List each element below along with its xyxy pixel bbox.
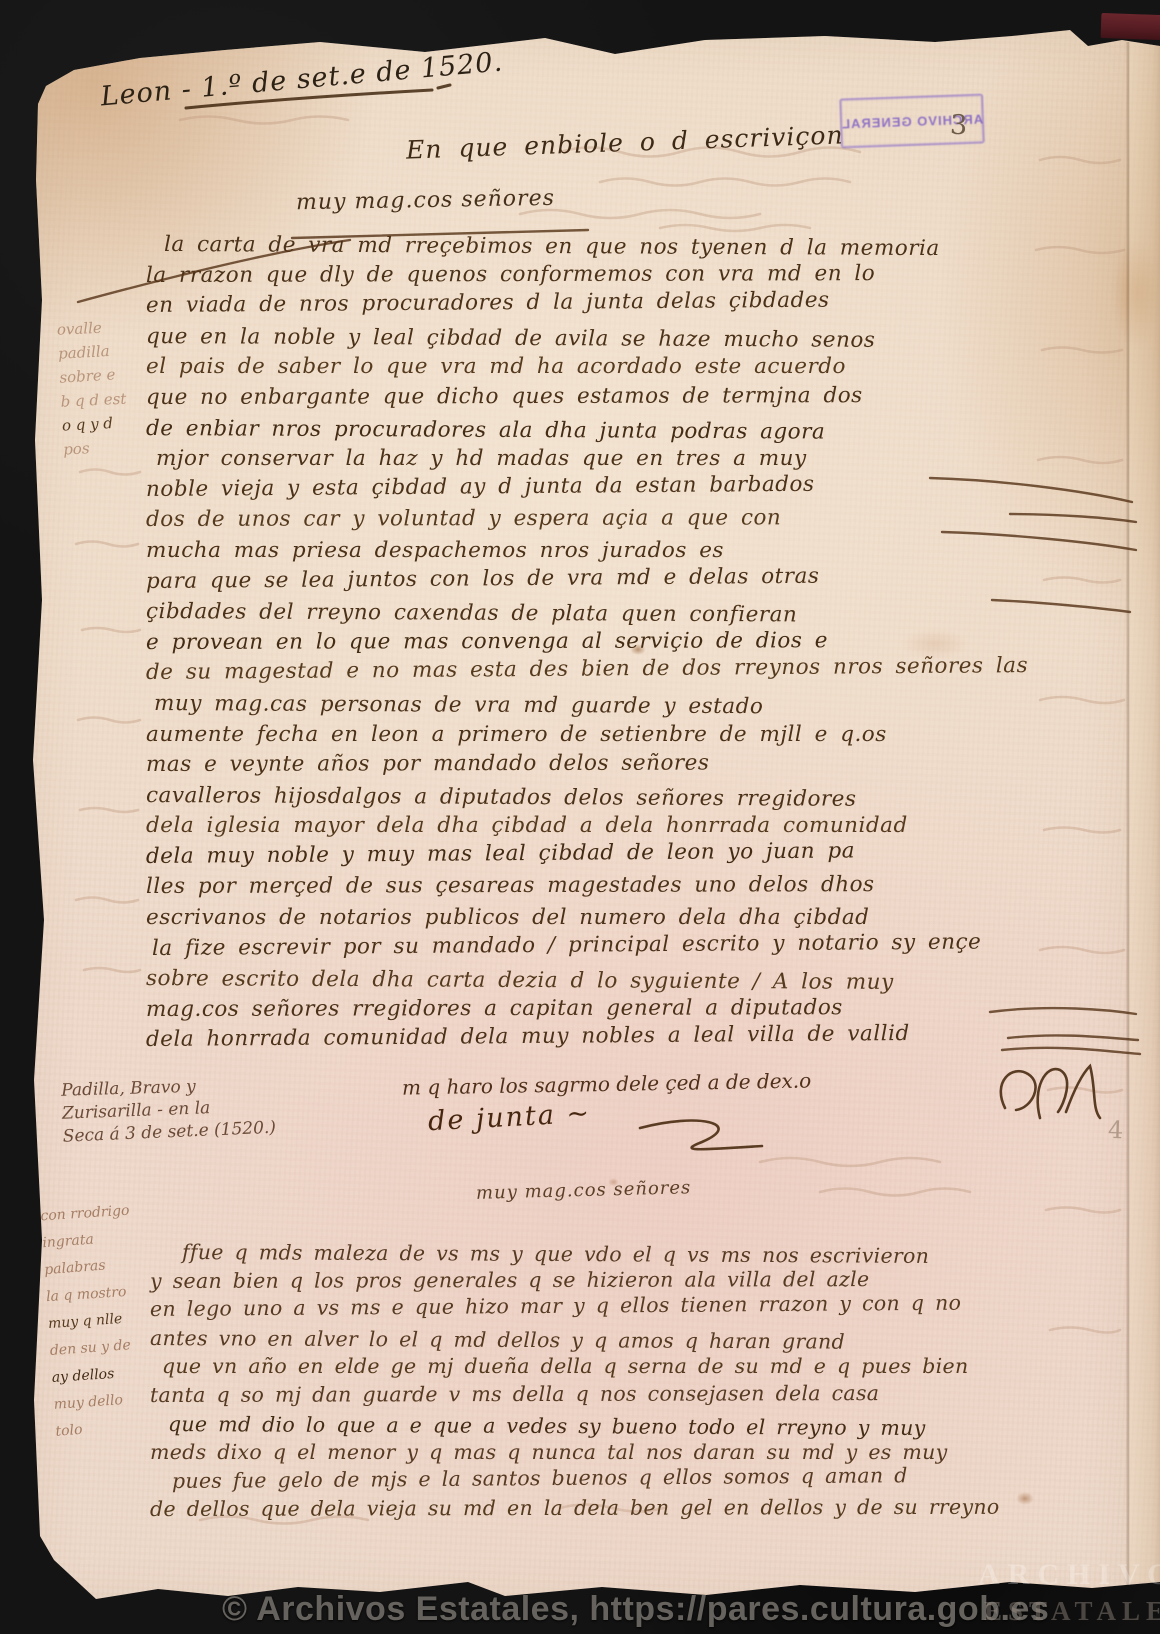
manuscript-line: el pais de saber lo que vra md ha acorda… xyxy=(146,352,1028,383)
ink-scrawl-line1: m q haro los sagrmo dele çed a de dex.o xyxy=(402,1068,812,1099)
manuscript-line: pues fue gelo de mjs e la santos buenos … xyxy=(172,1460,1000,1495)
folio-number: 3 xyxy=(949,110,968,142)
folio-fold-strip xyxy=(1130,42,1160,1582)
manuscript-line: muy mag.cas personas de vra md guarde y … xyxy=(154,689,1028,724)
manuscript-line: dela muy noble y muy mas leal çibdad de … xyxy=(146,835,1028,873)
manuscript-heading: En que enbiole o d escriviçon xyxy=(406,120,844,164)
marginalia-line: la q mostro xyxy=(45,1278,136,1311)
manuscript-line: mas e veynte años por mandado delos seño… xyxy=(146,748,1028,781)
manuscript-scan-page: { "document": { "archive_annotation": "L… xyxy=(0,0,1160,1634)
ink-scrawl-line2: de junta ~ xyxy=(427,1098,592,1137)
estatales-watermark: ESTATALES xyxy=(984,1596,1160,1627)
marginalia-line: o q y d xyxy=(61,410,128,437)
marginalia-line: tolo xyxy=(55,1412,146,1446)
manuscript-line: lles por merçed de sus çesareas magestad… xyxy=(146,870,1028,903)
manuscript-line: aumente fecha en leon a primero de setie… xyxy=(146,720,1028,751)
vertical-crease xyxy=(1126,42,1130,1587)
book-spine-edge xyxy=(1101,13,1160,40)
manuscript-block-2: ffue q mds maleza de vs ms y que vdo el … xyxy=(150,1238,999,1524)
manuscript-line: para que se lea juntos con los de vra md… xyxy=(146,560,1028,598)
archivo-watermark: ARCHIVO xyxy=(978,1558,1160,1592)
manuscript-line: de dellos que dela vieja su md en la del… xyxy=(150,1493,1000,1524)
marginalia-line: ay dellos xyxy=(51,1359,142,1392)
marginalia-line: b q d est xyxy=(60,387,127,414)
manuscript-line: en lego uno a vs ms e que hizo mar y q e… xyxy=(150,1289,1000,1324)
folio-number-faint: 4 xyxy=(1108,1116,1124,1145)
manuscript-line: que en la noble y leal çibdad de avila s… xyxy=(146,322,1028,357)
marginalia-line: sobre e xyxy=(59,362,126,390)
manuscript-line: que vn año en elde ge mj dueña della q s… xyxy=(162,1352,999,1381)
manuscript-block-1: la carta de vra md rreçebimos en que nos… xyxy=(146,230,1028,1056)
archivist-margin-note: Padilla, Bravo yZurisarilla - en laSeca … xyxy=(61,1072,277,1148)
ink-stain xyxy=(1016,1492,1034,1505)
salutation-line-2: muy mag.cos señores xyxy=(476,1177,692,1204)
manuscript-paper: Leon - 1.º de set.e de 1520. ARCHIVO GEN… xyxy=(0,0,1160,1634)
marginalia-line: pos xyxy=(63,434,130,462)
manuscript-line: dela honrrada comunidad dela muy nobles … xyxy=(146,1019,1028,1057)
salutation-line: muy mag.cos señores xyxy=(296,186,555,216)
manuscript-line: de su magestad e no mas esta des bien de… xyxy=(146,651,1028,689)
manuscript-line: la fize escrevir por su mandado / princi… xyxy=(152,927,1028,964)
marginalia-upper: ovallepadillasobre eb q d esto q y dpos xyxy=(56,314,129,461)
manuscript-line: que md dio lo que a e que a vedes sy bue… xyxy=(168,1410,1000,1443)
archivist-date-annotation: Leon - 1.º de set.e de 1520. xyxy=(99,46,504,112)
manuscript-line: que no enbargante que dicho ques estamos… xyxy=(146,381,1028,414)
manuscript-line: dos de unos car y voluntad y espera açia… xyxy=(146,503,1028,536)
copyright-watermark: © Archivos Estatales, https://pares.cult… xyxy=(222,1590,1049,1629)
manuscript-line: noble vieja y esta çibdad ay d junta da … xyxy=(146,468,1028,506)
manuscript-line: tanta q so mj dan guarde v ms della q no… xyxy=(150,1379,1000,1410)
marginalia-lower: con rrodrigoingratapalabrasla q mostromu… xyxy=(40,1197,146,1446)
manuscript-line: de enbiar nros procuradores ala dha junt… xyxy=(146,414,1028,449)
manuscript-line: cavalleros hijosdalgos a diputados delos… xyxy=(146,781,1028,816)
manuscript-line: en viada de nros procuradores d la junta… xyxy=(146,284,1028,322)
manuscript-line: antes vno en alver lo el q md dellos y q… xyxy=(150,1324,1000,1357)
